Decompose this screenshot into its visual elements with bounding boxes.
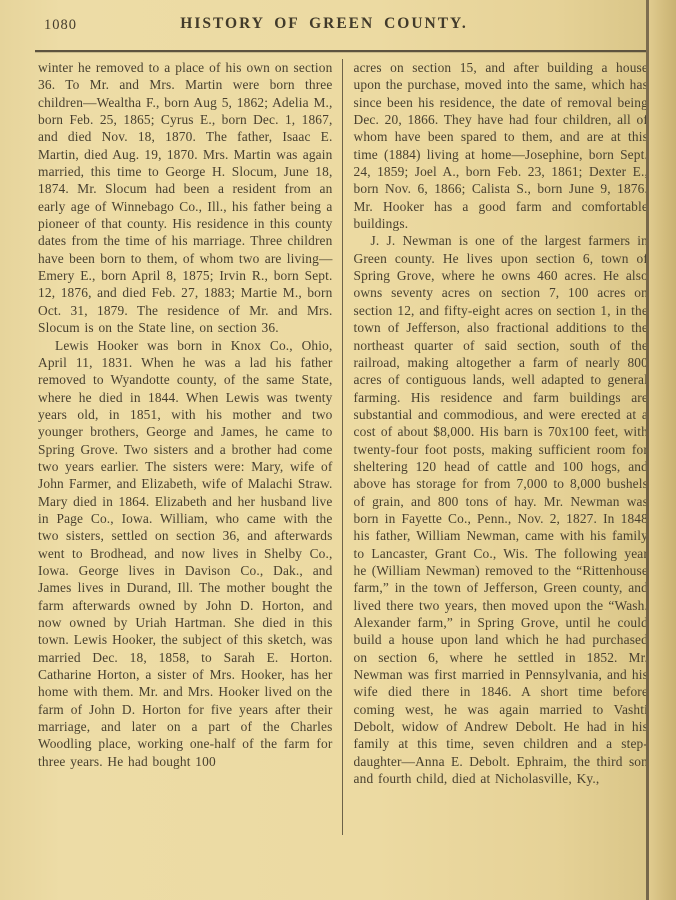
right-column: acres on section 15, and after building … xyxy=(343,59,649,835)
page-edge-shadow xyxy=(649,0,676,900)
book-page: 1080 HISTORY OF GREEN COUNTY. winter he … xyxy=(0,0,676,900)
left-column: winter he removed to a place of his own … xyxy=(38,59,342,835)
page-title: HISTORY OF GREEN COUNTY. xyxy=(0,15,648,33)
paragraph-continuation: winter he removed to a place of his own … xyxy=(38,59,333,337)
paragraph-continuation: acres on section 15, and after building … xyxy=(354,59,649,232)
paragraph-lewis-hooker: Lewis Hooker was born in Knox Co., Ohio,… xyxy=(38,337,333,771)
header-rule xyxy=(35,50,656,52)
text-columns: winter he removed to a place of his own … xyxy=(38,59,648,835)
paragraph-jj-newman: J. J. Newman is one of the largest farme… xyxy=(354,232,649,787)
